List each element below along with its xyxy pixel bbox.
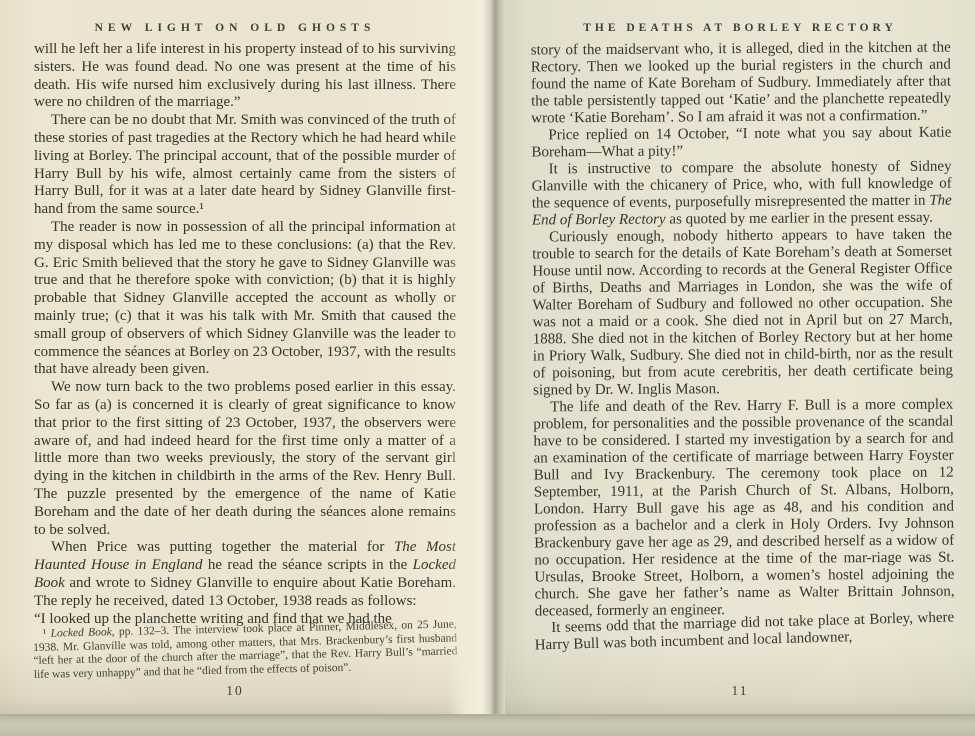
text-run: Curiously enough, nobody hitherto appear… (532, 227, 953, 399)
paragraph: The reader is now in possession of all t… (34, 219, 456, 379)
text-run: It is instructive to compare the absolut… (532, 159, 952, 212)
text-run: and wrote to Sidney Glanville to enquire… (34, 575, 456, 609)
right-page-number: 11 (505, 683, 975, 699)
left-page-body: will he left her a life interest in his … (34, 41, 456, 641)
right-page: THE DEATHS AT BORLEY RECTORY story of th… (505, 0, 975, 714)
text-run: he read the séance scripts in the (203, 557, 413, 573)
text-run: will he left her a life interest in his … (34, 41, 456, 110)
footnote: ¹ Locked Book, pp. 132–3. The interview … (33, 618, 458, 682)
text-run: Price replied on 14 October, “I note wha… (531, 125, 951, 161)
left-page-number: 10 (0, 683, 470, 699)
quote-block: story of the maidservant who, it is alle… (531, 40, 952, 128)
italic-text: Locked Book (50, 626, 111, 639)
paragraph: When Price was putting together the mate… (34, 539, 456, 610)
paragraph: It is instructive to compare the absolut… (532, 159, 952, 230)
text-run: The life and death of the Rev. Harry F. … (533, 397, 954, 620)
book-spread: NEW LIGHT ON OLD GHOSTS will he left her… (0, 0, 975, 736)
text-run: The reader is now in possession of all t… (34, 219, 456, 377)
gutter-shadow (448, 0, 510, 714)
right-page-body: story of the maidservant who, it is alle… (531, 40, 956, 705)
paragraph: Curiously enough, nobody hitherto appear… (532, 227, 953, 400)
text-run: There can be no doubt that Mr. Smith was… (34, 112, 456, 217)
text-run: When Price was putting together the mate… (51, 539, 394, 555)
text-run: We now turn back to the two problems pos… (34, 379, 456, 537)
page-edges (0, 714, 975, 736)
paragraph: Price replied on 14 October, “I note wha… (531, 125, 951, 162)
left-page: NEW LIGHT ON OLD GHOSTS will he left her… (0, 0, 470, 714)
quote-block: will he left her a life interest in his … (34, 41, 456, 112)
left-running-head: NEW LIGHT ON OLD GHOSTS (0, 22, 470, 34)
paragraph: We now turn back to the two problems pos… (34, 379, 456, 539)
right-running-head: THE DEATHS AT BORLEY RECTORY (505, 22, 975, 34)
paragraph: The life and death of the Rev. Harry F. … (533, 397, 955, 621)
text-run: as quoted by me earlier in the present e… (666, 210, 933, 228)
paragraph: There can be no doubt that Mr. Smith was… (34, 112, 456, 219)
text-run: story of the maidservant who, it is alle… (531, 40, 951, 127)
